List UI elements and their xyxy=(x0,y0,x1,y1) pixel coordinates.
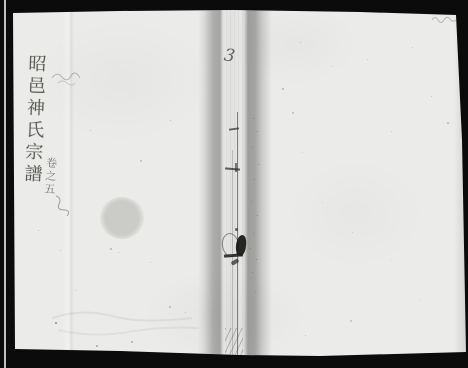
speck xyxy=(302,152,303,153)
paper-fiber-marks xyxy=(48,300,208,340)
speck xyxy=(420,300,421,301)
speck xyxy=(96,345,98,347)
scanned-book-cover: 3 昭邑神氏宗譜 卷之五 xyxy=(0,0,468,368)
speck xyxy=(350,320,352,322)
speck xyxy=(292,112,294,114)
speck xyxy=(447,122,449,124)
stain-mark xyxy=(100,197,144,239)
speck xyxy=(322,202,323,203)
scanner-edge-artifact xyxy=(4,0,6,368)
book-cover-paper: 3 昭邑神氏宗譜 卷之五 xyxy=(0,0,468,368)
speck xyxy=(431,96,432,97)
speck xyxy=(257,131,258,132)
speck xyxy=(252,272,253,273)
speck xyxy=(170,120,171,121)
speck xyxy=(140,160,142,162)
speck xyxy=(185,312,186,313)
speck xyxy=(367,59,368,60)
stitch-mark xyxy=(235,163,237,172)
speck xyxy=(254,179,255,180)
speck xyxy=(131,341,133,343)
speck xyxy=(305,335,306,336)
speck xyxy=(258,164,259,165)
speck xyxy=(251,201,252,202)
speck xyxy=(55,322,57,324)
spine-bottom-scuffs xyxy=(225,328,243,356)
speck xyxy=(38,230,39,231)
speck xyxy=(169,306,171,308)
speck xyxy=(390,260,391,261)
speck xyxy=(75,290,76,291)
speck xyxy=(118,252,119,253)
speck xyxy=(250,248,251,249)
speck xyxy=(256,259,257,260)
speck xyxy=(252,147,253,148)
speck xyxy=(255,292,256,293)
speck xyxy=(90,130,91,131)
speck xyxy=(282,88,284,90)
speck xyxy=(391,131,392,132)
book-spine-fold: 3 xyxy=(198,10,272,356)
binding-thread xyxy=(237,112,238,356)
speck xyxy=(300,42,301,43)
pencil-scribble xyxy=(50,66,94,88)
speck xyxy=(352,232,353,233)
corner-scribble xyxy=(430,12,458,26)
speck xyxy=(60,250,61,251)
speck xyxy=(253,118,254,119)
speck xyxy=(110,248,112,250)
small-scribble xyxy=(50,192,76,218)
speck xyxy=(253,233,254,234)
speck xyxy=(257,215,258,216)
speck xyxy=(331,66,332,67)
speck xyxy=(412,47,413,48)
stitch-mark xyxy=(235,228,238,231)
speck xyxy=(150,262,151,263)
